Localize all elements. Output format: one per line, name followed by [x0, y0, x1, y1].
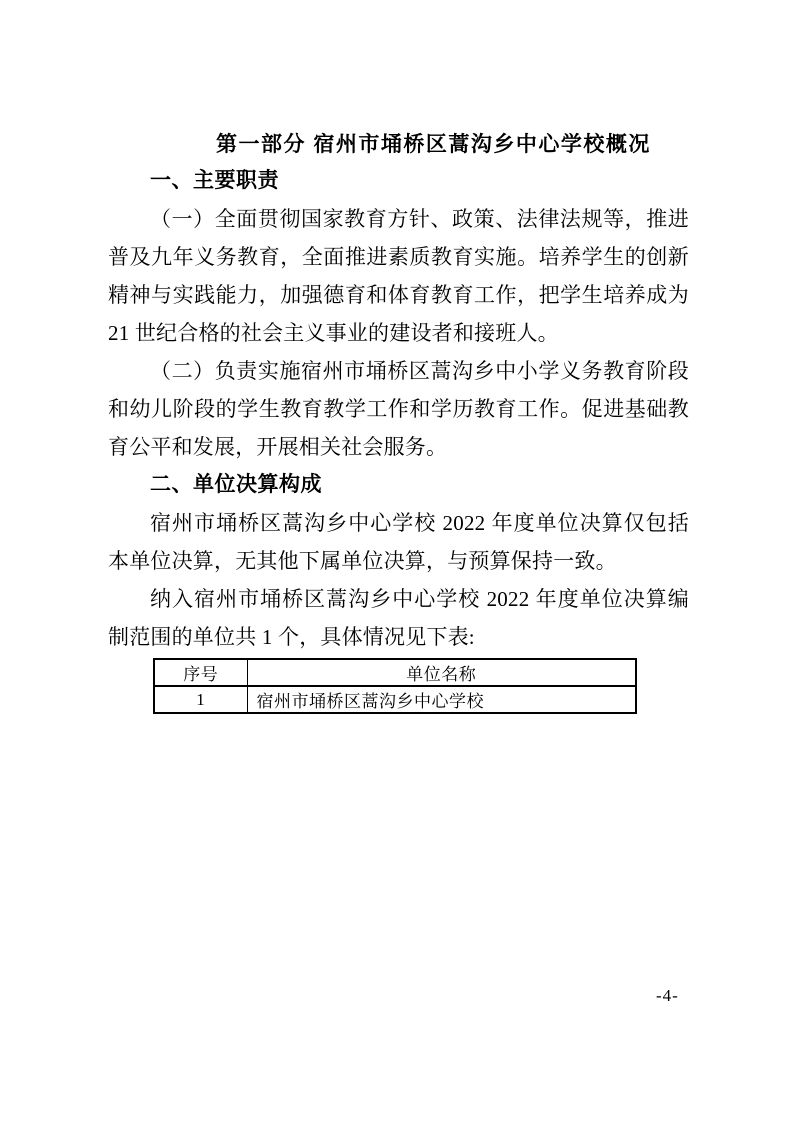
section-1-heading: 一、主要职责 — [108, 162, 689, 200]
table-cell-serial: 1 — [154, 686, 247, 713]
table-cell-unit-name: 宿州市埇桥区蒿沟乡中心学校 — [247, 686, 636, 713]
table-header-unit-name: 单位名称 — [247, 659, 636, 686]
doc-title: 第一部分 宿州市埇桥区蒿沟乡中心学校概况 — [216, 128, 689, 162]
section-1-paragraph-1: （一）全面贯彻国家教育方针、政策、法律法规等，推进普及九年义务教育，全面推进素质… — [108, 200, 689, 352]
units-table: 序号 单位名称 1 宿州市埇桥区蒿沟乡中心学校 — [153, 658, 637, 714]
section-2-heading: 二、单位决算构成 — [108, 466, 689, 504]
document-page: 第一部分 宿州市埇桥区蒿沟乡中心学校概况 一、主要职责 （一）全面贯彻国家教育方… — [0, 0, 793, 1122]
table-header-row: 序号 单位名称 — [154, 659, 636, 686]
page-number: -4- — [656, 986, 679, 1006]
table-row: 1 宿州市埇桥区蒿沟乡中心学校 — [154, 686, 636, 713]
section-2-paragraph-2: 纳入宿州市埇桥区蒿沟乡中心学校 2022 年度单位决算编制范围的单位共 1 个，… — [108, 580, 689, 656]
section-1-paragraph-2: （二）负责实施宿州市埇桥区蒿沟乡中小学义务教育阶段和幼儿阶段的学生教育教学工作和… — [108, 352, 689, 466]
table-header-serial: 序号 — [154, 659, 247, 686]
section-2-paragraph-1: 宿州市埇桥区蒿沟乡中心学校 2022 年度单位决算仅包括本单位决算，无其他下属单… — [108, 504, 689, 580]
